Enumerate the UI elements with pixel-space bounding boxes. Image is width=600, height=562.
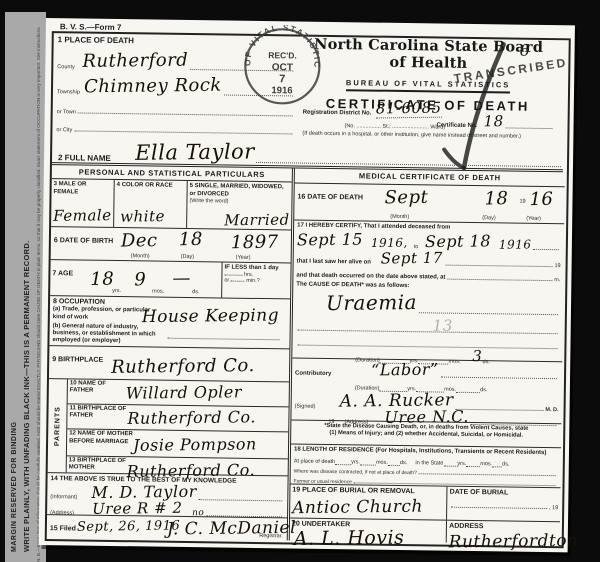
undertaker-address-value: Rutherfordton	[449, 531, 579, 553]
burial-date-label: DATE OF BURIAL	[450, 489, 559, 499]
occurred-label: and that death occurred on the date abov…	[296, 273, 445, 282]
in-state-label: In the State	[415, 460, 443, 466]
last-saw-year-print: 19	[554, 263, 560, 269]
marital-note: (Write the word)	[189, 198, 289, 205]
race-value: white	[120, 207, 165, 226]
pencil-annotation: 13	[433, 317, 453, 335]
certificate-no-line	[505, 126, 552, 129]
age-mos-cap: mos.	[152, 289, 164, 295]
duration2-ds-cap: ds.	[480, 387, 487, 393]
age-months-value: 9	[134, 269, 146, 290]
burial-place-cell: 19 PLACE OF BURIAL OR REMOVAL Antioc Chu…	[290, 484, 448, 519]
age-ds-cap: ds.	[192, 289, 199, 295]
stamp-month: OCT	[272, 62, 293, 73]
sex-race-marital-row: 3 MALE OR FEMALE Female 4 COLOR OR RACE …	[51, 179, 292, 230]
transcribed-number: 6	[519, 41, 529, 60]
sex-cell: 3 MALE OR FEMALE Female	[51, 179, 115, 227]
medical-column: MEDICAL CERTIFICATE OF DEATH 16 DATE OF …	[290, 167, 565, 544]
county-label: County	[57, 64, 75, 70]
res-ds-1: ds.	[400, 460, 407, 466]
filed-row: 15 Filed Sept, 26, 1916 J. C. McDaniel R…	[47, 515, 287, 540]
res-yrs-2: yrs.	[457, 461, 466, 467]
full-name-label: 2 FULL NAME	[58, 153, 111, 163]
parents-block: PARENTS 10 NAME OF FATHER Willard Opler …	[48, 379, 289, 476]
contracted-line	[419, 472, 556, 476]
min-cap: min.?	[246, 278, 260, 284]
birthplace-value: Rutherford Co.	[111, 355, 255, 378]
dod-day-cap: (Day)	[482, 215, 496, 221]
dob-month-value: Dec	[121, 230, 158, 251]
father-birthplace-row: 11 BIRTHPLACE OF FATHER Rutherford Co.	[67, 405, 288, 433]
filed-date-value: Sept, 26, 1916	[77, 519, 180, 535]
contributory-block: Contributory “Labor” (Duration) yrs. mos…	[291, 358, 562, 424]
certificate-no-value: 18	[483, 112, 503, 130]
age-cell: 7 AGE 18 yrs. 9 mos. — ds.	[50, 260, 221, 298]
dod-day-value: 18	[484, 188, 508, 209]
burial-label: 19 PLACE OF BURIAL OR REMOVAL	[292, 486, 444, 496]
res-ds-2: ds.	[502, 462, 509, 468]
dob-label: 6 DATE OF BIRTH	[54, 237, 113, 245]
dob-month-cap: (Month)	[131, 253, 150, 259]
registrar-label: Registrar.	[259, 533, 283, 539]
informant-line	[199, 499, 283, 502]
county-value: Rutherford	[83, 50, 189, 72]
father-name-label: 10 NAME OF FATHER	[70, 380, 130, 395]
margin-binding-text: MARGIN RESERVED FOR BINDING	[11, 52, 18, 552]
filed-label: 15 Filed	[50, 525, 76, 532]
dod-year-cap: (Year)	[526, 216, 541, 222]
burial-date-blank: , 19	[549, 505, 558, 511]
registration-district-row: Registration District No. 81-6085	[303, 98, 453, 119]
mother-birthplace-label: 13 BIRTHPLACE OF MOTHER	[69, 457, 129, 472]
dob-day-value: 18	[179, 229, 203, 250]
contributory-label: Contributory	[295, 370, 331, 378]
dob-row: 6 DATE OF BIRTH Dec 18 1897 (Month) (Day…	[51, 227, 291, 263]
sex-value: Female	[53, 206, 112, 225]
occurred-line	[447, 278, 552, 281]
last-saw-label: that I last saw her alive on	[297, 259, 371, 267]
mother-birthplace-row: 13 BIRTHPLACE OF MOTHER Rutherford Co.	[67, 456, 288, 475]
attended-from-year: 1916,	[371, 236, 408, 250]
undertaker-cell: 20 UNDERTAKER A. L. Hovis	[290, 518, 448, 542]
date-of-death-row: 16 DATE OF DEATH Sept 18 19 16 (Month) (…	[294, 183, 564, 224]
marital-cell: 5 SINGLE, MARRIED, WIDOWED, or DIVORCED …	[187, 181, 292, 229]
res-mos-2: mos.	[480, 461, 492, 467]
dod-label: 16 DATE OF DEATH	[297, 194, 363, 202]
dod-year-print: 19	[519, 199, 525, 205]
certificate-no-row: Certificate No. 18	[436, 111, 554, 131]
marital-label: 5 SINGLE, MARRIED, WIDOWED, or DIVORCED	[190, 183, 290, 199]
stamp-year: 1916	[271, 85, 292, 96]
father-name-row: 10 NAME OF FATHER Willard Opler	[68, 379, 289, 407]
contributory-value: “Labor”	[371, 360, 439, 380]
burial-date-cell: DATE OF BURIAL , 19	[447, 487, 560, 522]
contributory-line	[441, 376, 557, 380]
dob-year-value: 1897	[231, 232, 279, 254]
township-label: Township	[57, 89, 80, 95]
form-columns: PERSONAL AND STATISTICAL PARTICULARS 3 M…	[47, 164, 565, 544]
or-cap: or	[224, 278, 229, 284]
form-number: B. V. S.—Form 7	[60, 22, 122, 32]
last-saw-value: Sept 17	[381, 249, 443, 268]
age-label: 7 AGE	[52, 270, 73, 277]
race-label: 4 COLOR OR RACE	[117, 182, 185, 190]
occupation-b-line	[168, 337, 280, 341]
dod-month-value: Sept	[384, 187, 428, 209]
marital-value: Married	[224, 211, 290, 230]
occupation-row: 8 OCCUPATION (a) Trade, profession, or p…	[49, 296, 290, 349]
res-yrs-1: yrs.	[351, 459, 360, 465]
at-place-label: At place of death	[294, 459, 335, 466]
father-birthplace-value: Rutherford Co.	[127, 408, 256, 429]
attest-row: 14 THE ABOVE IS TRUE TO THE BEST OF MY K…	[47, 473, 288, 518]
occurred-m-label: m.	[554, 277, 560, 283]
burial-date-line	[451, 506, 547, 509]
birthplace-row: 9 BIRTHPLACE Rutherford Co.	[49, 346, 289, 382]
signed-md-label: M. D.	[545, 407, 558, 413]
attended-to-year: 1916	[498, 238, 531, 252]
certificate-paper: B. V. S.—Form 7 1 PLACE OF DEATH County …	[39, 18, 575, 552]
age-yrs-cap: yrs.	[112, 288, 121, 294]
certify-block: 17 I HEREBY CERTIFY, That I attended dec…	[292, 220, 564, 362]
mother-name-value: Josie Pompson	[133, 435, 257, 456]
full-name-line	[256, 161, 561, 167]
mother-name-label: 12 NAME OF MOTHER BEFORE MARRIAGE	[69, 431, 139, 446]
undertaker-address-cell: ADDRESS Rutherfordton	[447, 521, 560, 545]
residence-block: 18 LENGTH OF RESIDENCE (For Hospitals, I…	[291, 444, 562, 488]
full-name-value: Ella Taylor	[135, 139, 255, 164]
attended-line	[533, 248, 559, 250]
res-mos-1: mos.	[376, 460, 388, 466]
age-years-value: 18	[90, 269, 114, 290]
dob-year-cap: (Year)	[236, 255, 251, 261]
parents-label: PARENTS	[54, 406, 62, 446]
town-label: or Town	[57, 109, 76, 115]
burial-row: 19 PLACE OF BURIAL OR REMOVAL Antioc Chu…	[290, 484, 560, 522]
cause-line-1	[419, 312, 558, 316]
father-name-value: Willard Opler	[126, 382, 242, 402]
attended-from-value: Sept 15	[297, 230, 363, 250]
signed-label: (Signed)	[295, 404, 316, 410]
stamp-recd: REC'D.	[268, 50, 297, 60]
parents-vertical-label-cell: PARENTS	[48, 379, 68, 472]
birthplace-label: 9 BIRTHPLACE	[52, 356, 103, 364]
registration-district-value: 81-6085	[375, 99, 441, 119]
burial-value: Antioc Church	[292, 497, 423, 519]
if-less-cell: IF LESS than 1 day hrs. or min.?	[221, 262, 290, 298]
registration-district-label: Registration District No.	[303, 109, 372, 117]
personal-column: PERSONAL AND STATISTICAL PARTICULARS 3 M…	[47, 164, 295, 540]
dod-month-cap: (Month)	[390, 214, 409, 220]
street-ward-line: (No. ................ St.; .............…	[344, 123, 445, 130]
race-cell: 4 COLOR OR RACE white	[114, 180, 188, 228]
township-value: Chimney Rock	[84, 75, 222, 98]
parents-rows: 10 NAME OF FATHER Willard Opler 11 BIRTH…	[67, 379, 289, 475]
stamp-day: 7	[279, 73, 285, 85]
margin-write-plainly-text: WRITE PLAINLY, WITH UNFADING BLACK INK—T…	[22, 22, 31, 552]
mother-name-row: 12 NAME OF MOTHER BEFORE MARRIAGE Josie …	[67, 430, 288, 459]
dod-year-hw: 16	[529, 189, 553, 210]
informant-label: (Informant)	[50, 495, 77, 501]
age-days-value: —	[172, 268, 191, 289]
undertaker-value: A. L. Hovis	[294, 527, 405, 550]
undertaker-row: 20 UNDERTAKER A. L. Hovis ADDRESS Ruther…	[290, 518, 560, 544]
cause-value: Uraemia	[326, 290, 417, 315]
last-saw-line	[445, 264, 552, 267]
age-row: 7 AGE 18 yrs. 9 mos. — ds. IF LESS than …	[50, 260, 290, 300]
dob-day-cap: (Day)	[181, 254, 195, 260]
occupation-a-value: House Keeping	[142, 306, 279, 328]
father-birthplace-label: 11 BIRTHPLACE OF FATHER	[69, 406, 129, 421]
sex-label: 3 MALE OR FEMALE	[54, 181, 112, 196]
